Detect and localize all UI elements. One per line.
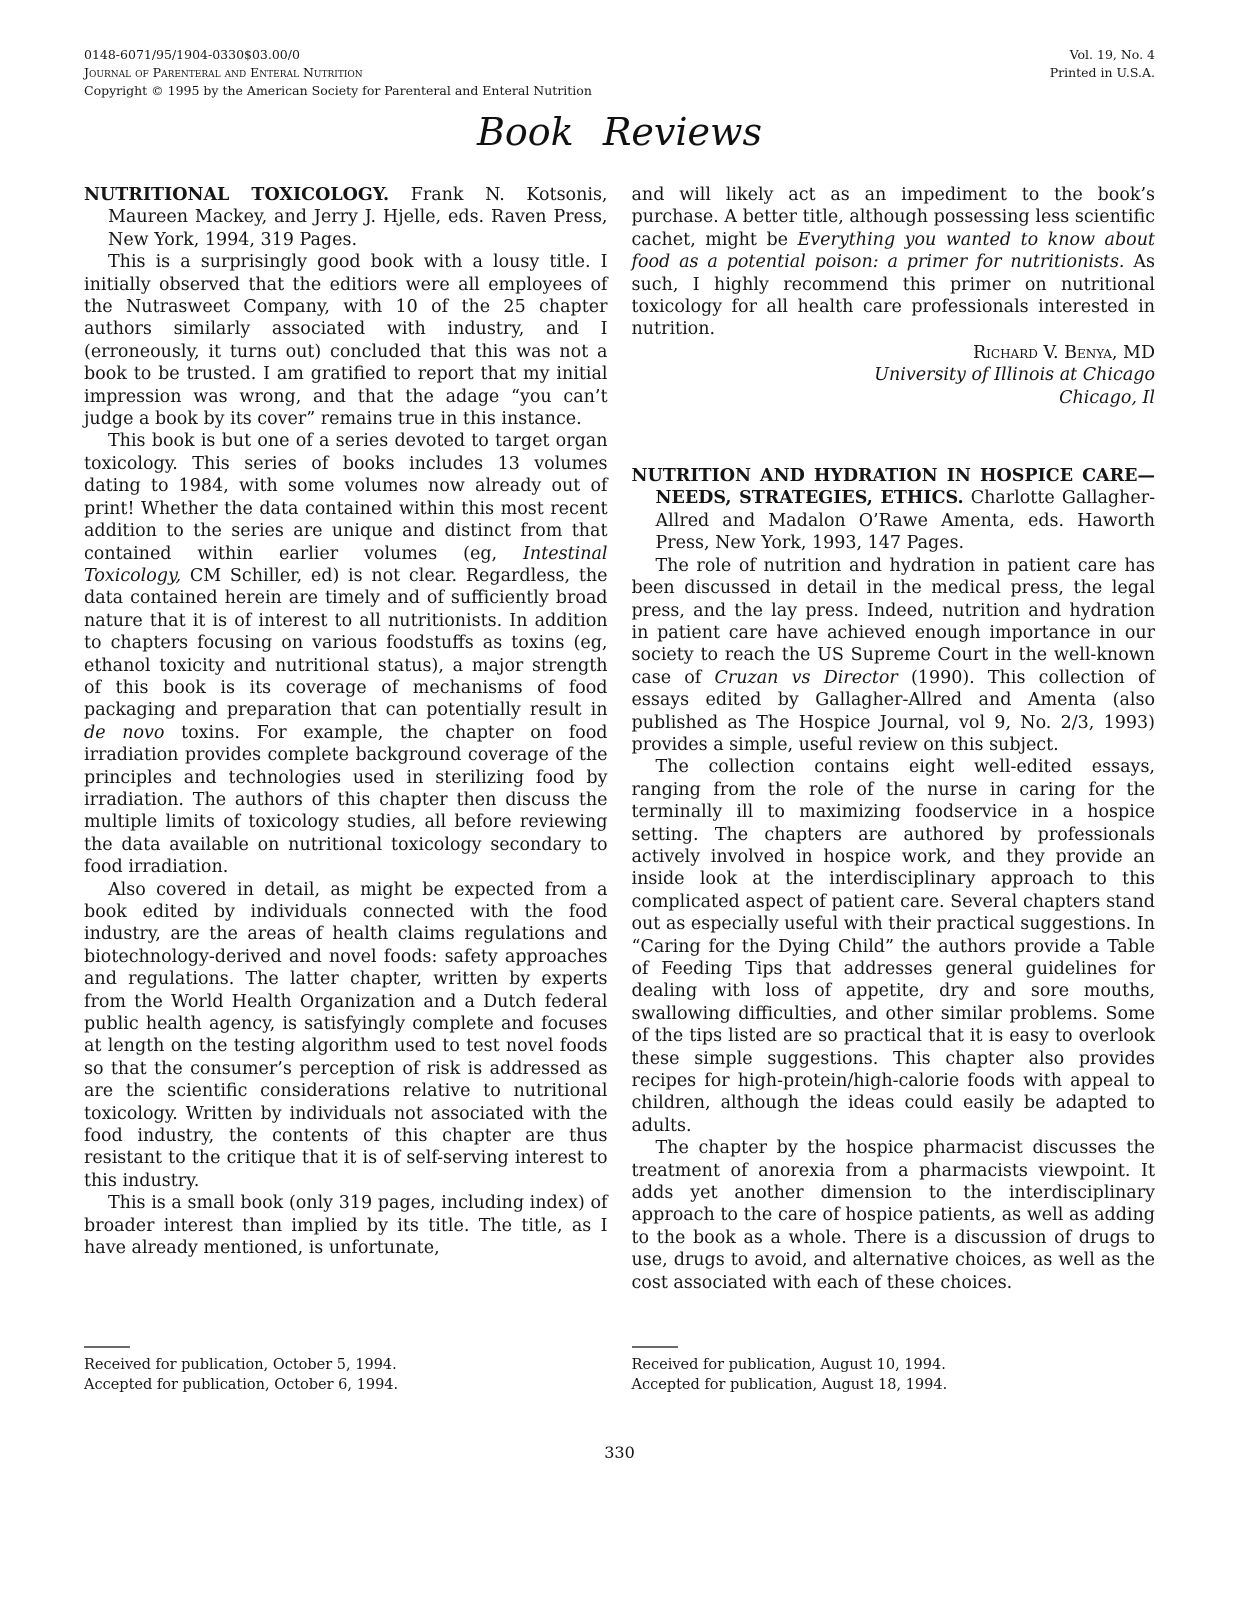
text-run: CM Schiller, ed) is not clear. Regardles… <box>84 566 608 720</box>
footnote-right: Received for publication, August 10, 199… <box>632 1346 1156 1395</box>
text-run: toxins. For example, the chapter on food… <box>84 723 608 877</box>
paragraph: and will likely act as an impediment to … <box>632 184 1156 341</box>
paragraph: This is a surprisingly good book with a … <box>84 251 608 430</box>
footnote-rule <box>84 1346 130 1348</box>
journal-page: 0148-6071/95/1904-0330$03.00/0 Journal o… <box>0 0 1239 1600</box>
page-title: Book Reviews <box>0 110 1239 154</box>
copyright-line: Copyright © 1995 by the American Society… <box>84 82 592 100</box>
header-right-block: Vol. 19, No. 4 Printed in U.S.A. <box>1050 46 1155 100</box>
footnote-line: Accepted for publication, August 18, 199… <box>632 1375 1156 1395</box>
reviewer-city: Chicago, Il <box>632 387 1156 409</box>
italic-text-run: de novo <box>84 723 164 743</box>
text-run: This is a surprisingly good book with a … <box>84 252 608 429</box>
review-2-heading: NUTRITION AND HYDRATION IN HOSPICE CARE—… <box>632 465 1156 555</box>
footnote-left: Received for publication, October 5, 199… <box>84 1346 608 1395</box>
reviewer-affiliation: University of Illinois at Chicago <box>632 364 1156 386</box>
review-1-body-continued: and will likely act as an impediment to … <box>632 184 1156 341</box>
paragraph: The collection contains eight well-edite… <box>632 756 1156 1137</box>
text-run: Also covered in detail, as might be expe… <box>84 880 608 1191</box>
footnote-line: Received for publication, October 5, 199… <box>84 1355 608 1375</box>
left-column: NUTRITIONAL TOXICOLOGY. Frank N. Kotsoni… <box>84 184 608 1260</box>
footnotes-row: Received for publication, October 5, 199… <box>0 1346 1239 1395</box>
review-2-body: The role of nutrition and hydration in p… <box>632 555 1156 1294</box>
page-number: 330 <box>0 1443 1239 1462</box>
paragraph: Also covered in detail, as might be expe… <box>84 879 608 1193</box>
paragraph: The chapter by the hospice pharmacist di… <box>632 1137 1156 1294</box>
footnote-line: Received for publication, August 10, 199… <box>632 1355 1156 1375</box>
printed-line: Printed in U.S.A. <box>1050 64 1155 82</box>
journal-name: Journal of Parenteral and Enteral Nutrit… <box>84 64 592 82</box>
footnote-line: Accepted for publication, October 6, 199… <box>84 1375 608 1395</box>
paragraph: The role of nutrition and hydration in p… <box>632 555 1156 757</box>
text-run: The collection contains eight well-edite… <box>632 757 1156 1136</box>
volume-line: Vol. 19, No. 4 <box>1050 46 1155 64</box>
text-run: The chapter by the hospice pharmacist di… <box>632 1138 1156 1292</box>
right-column: and will likely act as an impediment to … <box>632 184 1156 1294</box>
italic-text-run: Cruzan vs Director <box>714 668 897 688</box>
review-1-body-left: This is a surprisingly good book with a … <box>84 251 608 1259</box>
header-left-block: 0148-6071/95/1904-0330$03.00/0 Journal o… <box>84 46 592 100</box>
review-1-book-title: NUTRITIONAL TOXICOLOGY. <box>84 185 389 205</box>
paragraph: This is a small book (only 319 pages, in… <box>84 1192 608 1259</box>
reviewer-name: Richard V. Benya, MD <box>632 342 1156 364</box>
review-1-heading: NUTRITIONAL TOXICOLOGY. Frank N. Kotsoni… <box>84 184 608 251</box>
paragraph: This book is but one of a series devoted… <box>84 430 608 878</box>
footnote-rule <box>632 1346 678 1348</box>
reviewer-signature: Richard V. Benya, MD University of Illin… <box>632 342 1156 409</box>
issn-line: 0148-6071/95/1904-0330$03.00/0 <box>84 46 592 64</box>
page-header: 0148-6071/95/1904-0330$03.00/0 Journal o… <box>0 0 1239 100</box>
text-run: This is a small book (only 319 pages, in… <box>84 1193 608 1258</box>
two-column-body: NUTRITIONAL TOXICOLOGY. Frank N. Kotsoni… <box>0 184 1239 1308</box>
